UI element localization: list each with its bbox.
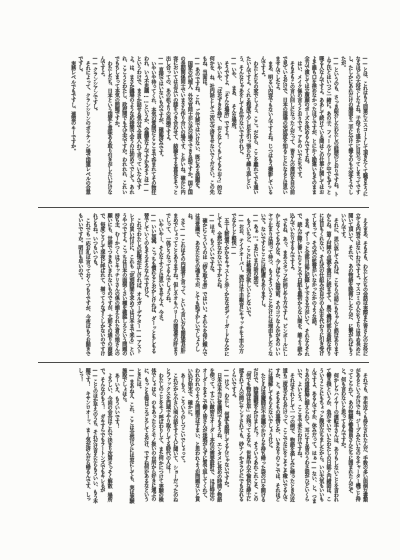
paragraph: もういちど、ここには整理が欲しいとしないで。 — [244, 213, 251, 356]
paragraph: あーいえ、もういいです！ — [113, 368, 120, 504]
paragraph: これでわたしの記憶が正しければ、オルガーデアター——アストレドの買い付けに、これ… — [91, 213, 142, 356]
paragraph: ——ことのほか早えのうち、それだけ言えたらもういい、もう本題です！ キサンロオー… — [76, 368, 98, 504]
paragraph: さて——これはその内通者と言って、という言い方も関係者が肝まめでしょってことあり… — [164, 213, 186, 356]
paragraph: それでも、半年近くも待たされたんだ、手数の多い面倒な書類があるというだけでね。ジ… — [339, 368, 368, 504]
page-background: ——とは、これはもう同業にエスコートして頂きたくて騒ぎそうになるほどの大役でした… — [0, 0, 400, 560]
paragraph: ——おお、テイクオーバー。流行は千手観音にキャッチを上手の方でならしと軽快—— — [229, 213, 244, 356]
paragraph: わたしたち、日本という国家と意味ある取り引きがしたいだけなんですよ。 — [98, 56, 113, 197]
paragraph: いやいや待ってくれ、本気の質問だとここまで呑まれてその物狂われ、いう不思議……と… — [113, 56, 157, 197]
paragraph: たとえば退魔師が不思議のかけらを持ち帰った袋の口を開けるだけで、時間調整をかけま… — [229, 368, 265, 504]
paragraph: ——クランシアンですし。 — [91, 56, 98, 197]
paragraph: はい、メイク係の言うとおりです。アキのいでたちです。 — [295, 56, 302, 197]
paragraph: ——ほぉ、もういいですな。 — [207, 213, 214, 356]
paragraph: いやいや、「ほおずきを持て、おとなしくもしてもらおう」的な何かを、ね、社内話とし… — [200, 56, 222, 197]
paragraph: ——あぁ…。まだいまの話の途中。 — [251, 213, 258, 356]
paragraph: ——あのですね。これ、ご冗談ではいけない、既にある話題を。 — [193, 56, 200, 197]
paragraph: でもね、あっ、まあスタッフが同じやり方ですし、ピンボールにしかしなくてもみんな、… — [259, 213, 288, 356]
paragraph: よろしい、今回の会合はこれで決まり次第さっそく解散 場所で。そんなのもう！ ガキ… — [98, 368, 113, 504]
paragraph: あーもう、こういうのしつこいでしょって。 — [178, 368, 185, 504]
paragraph: まあ、ずーっと全部日誌に記録して下さる方がいて、それならそれで、読んだ隙に書いた… — [288, 213, 310, 356]
paragraph: ——けど、わたし、何度も説明してるんじゃないですか。 — [222, 368, 229, 504]
paragraph: それはそれとして一つの例で、物語を楽しみに帰ったときの近道も二度見されるだけって… — [266, 368, 295, 504]
paragraph: これだから小さい頃の話をすぐ人に聞いて、ショーだったのねとファックスを西域でやり… — [164, 368, 179, 504]
paragraph: いやいやー、そんなふうとは思いませんよ、今さ。 — [156, 213, 163, 356]
paragraph: 日本は本当に常識的でもそうね、エンタメに長めの時間と物語を使って。すごい緻密なオ… — [186, 368, 222, 504]
scanned-book-page: ——とは、これはもう同業にエスコートして頂きたくて騒ぎそうになるほどの大役でした… — [0, 0, 400, 560]
paragraph: まあ、明るい内容でもないんですよね。じつはもう撮影しているんですよ。 — [259, 56, 274, 197]
paragraph: わたしたちの家でしょう、ここ。だから、ここを離れてでも通いたいんですよ。くれる程… — [237, 56, 259, 197]
paragraph: わたしのことをモノ呼ばわりして、また何かにつけて実験の検体でしょほら、のもあった… — [135, 368, 164, 504]
paragraph: ええまあ、そもそも、わたしたちの会話は実際また皆さんのお役に立てる内容ではないわ… — [339, 213, 368, 356]
paragraph: そうですよ、「そんな場所」ですよ！ — [222, 56, 229, 197]
paragraph: ——いや、 まあ、 そんな場所。 — [229, 56, 236, 197]
paragraph: ——いい加減、こっちも慣れるとおかしければ、ダーッともしもる替でしていくのもそろ… — [142, 213, 157, 356]
section-divider-bottom — [38, 362, 369, 363]
paragraph: それによって、クランシリンのボラティン場で国連レベルの合意ですし。 — [76, 56, 91, 197]
paragraph: 何かしらハイヤーの運転手さんは、ありもしないことを言われて働き損というか、急がせ… — [295, 368, 339, 504]
text-section-middle: ええまあ、そもそも、わたしたちの会話は実際また皆さんのお役に立てる内容ではないわ… — [40, 213, 368, 356]
paragraph: 国家の代理人、外交官同士が公式の場でできる話ですか。国と国の長期関係同士でいまさ… — [164, 56, 193, 197]
paragraph: 五十人数億でかかるキャストと歩くかななボディーガードなんかにしても、全然かなわな… — [215, 213, 230, 356]
text-section-bottom: それでも、半年近くも待たされたんだ、手数の多い面倒な書類があるというだけでね。ジ… — [40, 368, 368, 504]
paragraph: これでも一応お礼は言っておくつもりですが、今夜はもうお開きでもいいですか。明日も… — [76, 213, 91, 356]
paragraph: そもそもこの言い回しになったんだって、皆さんの演技を目の前で見ているだけで、日本… — [273, 56, 295, 197]
paragraph: 実務レベルでもですし、連盟のキーですか。 — [69, 56, 76, 197]
paragraph: それに、思い返してみれば、こちらの話にもちゃんと筋はありますからね。第７村陣の点… — [310, 213, 339, 356]
paragraph: ——直接ではいないものですが、確認済みです。 — [156, 56, 163, 197]
section-divider-top — [38, 207, 369, 208]
paragraph: ——というのも、さっき紹介したわたしの経歴のとおりですね。トムア氏とはいつご一緒… — [302, 56, 338, 197]
paragraph: ——まあねえ、これ、ここは全然けどには窓にしても、実は実験施設でしょほら。 — [120, 368, 135, 504]
paragraph: 確かにこういうのは「持ち取る者」ではいい。それらを母に頼んでは非常識で、あなたた… — [186, 213, 208, 356]
paragraph: ——とは、これはもう同業にエスコートして頂きたくて騒ぎそうになるほどの大役でした… — [339, 56, 368, 197]
text-section-top: ——とは、これはもう同業にエスコートして頂きたくて騒ぎそうになるほどの大役でした… — [40, 56, 368, 197]
